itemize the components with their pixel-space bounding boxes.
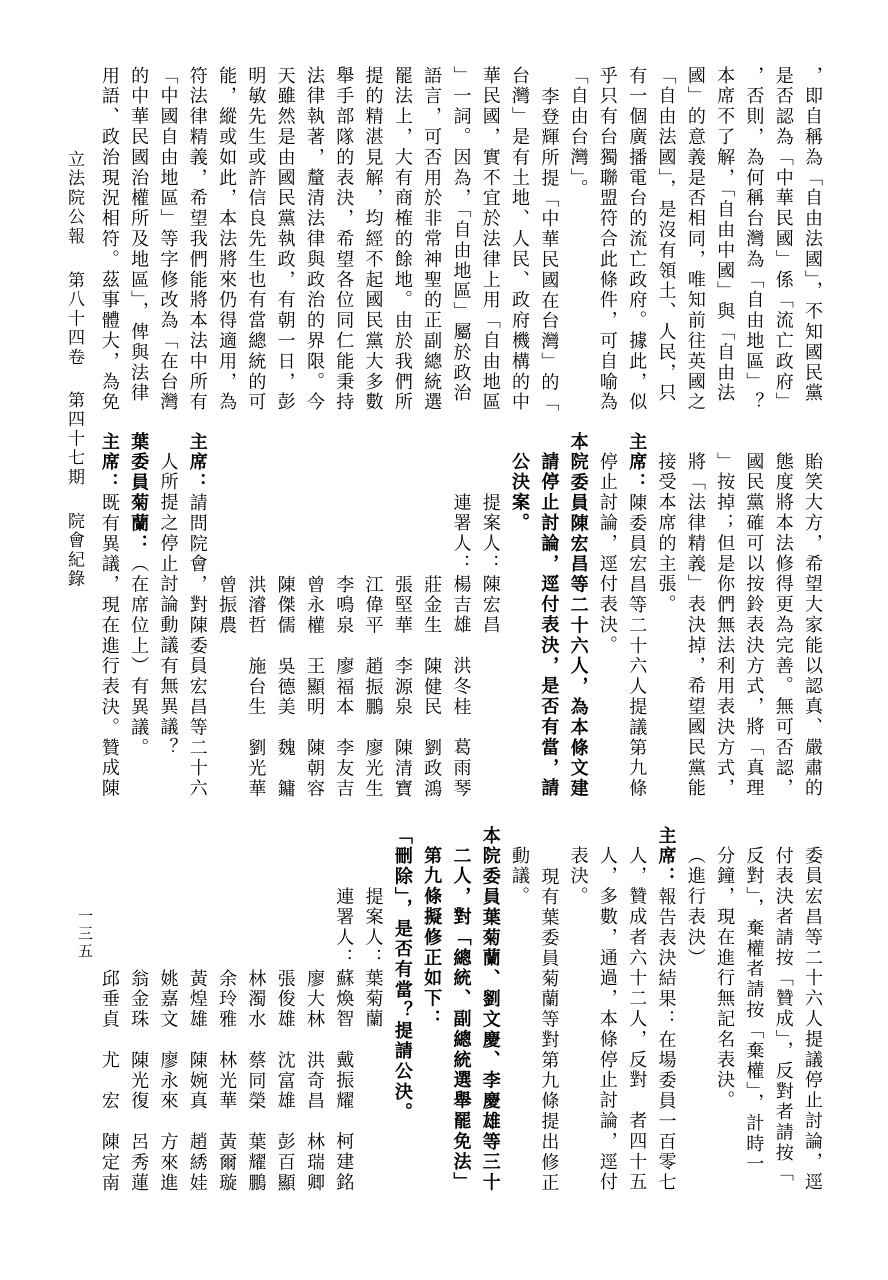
text-column: 舉手部隊的表決，希望各位同仁能秉持 (333, 46, 353, 418)
text-column: 李登輝所提「中華民國在台灣」的「 (538, 46, 558, 418)
volume-label: 第八十四卷 (64, 271, 84, 367)
text-column: 接受本席的主張。 (656, 432, 676, 804)
issue-label: 第四十七期 (64, 391, 84, 487)
text-column: 的中華民國治權所及地區」，俾與法律 (128, 46, 148, 418)
signatory-names-column: 張俊雄 沈富雄 彭百顯 (275, 826, 295, 1198)
speaker-line-column: 葉委員菊蘭：（在席位上）有異議。 (128, 432, 148, 804)
signatory-names-column: 莊金生 陳健民 劉政鴻 (421, 432, 441, 804)
motion-text-column: 本院委員陳宏昌等二十六人，為本條文建 (568, 432, 588, 804)
text-column: 人所提之停止討論動議有無異議？ (157, 432, 177, 804)
text-column: 態度將本法修得更為完善。無可否認， (773, 432, 793, 804)
section-label: 院會紀錄 (64, 512, 84, 589)
page-header-gutter: 立法院公報 第八十四卷 第四十七期 院會紀錄 (62, 150, 86, 589)
motion-text-column: 「刪除」，是否有當？提請公決。 (392, 826, 412, 1198)
speaker-name: 葉委員菊蘭： (128, 432, 149, 554)
text-column: 提的精湛見解，均經不起國民黨大多數 (363, 46, 383, 418)
motion-text-column: 本院委員葉菊蘭、劉文慶、李慶雄等三十 (480, 826, 500, 1198)
text-column: 現有葉委員菊蘭等對第九條提出修正 (538, 826, 558, 1198)
text-column: 符法律精義，希望我們能將本法中所有 (187, 46, 207, 418)
signatory-names-column: 翁金珠 陳光復 呂秀蓮 (128, 826, 148, 1198)
text-column: 乎只有台獨聯盟符合此條件，可自喻為 (597, 46, 617, 418)
text-column: 罷法上，大有商榷的餘地。由於我們所 (392, 46, 412, 418)
signatory-names-column: 江偉平 趙振鵬 廖光生 (363, 432, 383, 804)
speaker-line-column: 主席：請問院會，對陳委員宏昌等二十六 (187, 432, 207, 804)
text-band-middle: 貽笑大方，希望大家能以認真、嚴肅的態度將本法修得更為完善。無可否認，國民黨確可以… (86, 432, 822, 804)
proposer-line-column: 提案人：葉菊蘭 (363, 826, 383, 1198)
text-column: 「自由台灣」。 (568, 46, 588, 418)
text-column: 人，多數，通過，本條停止討論，逕付 (597, 826, 617, 1198)
signatory-names-column: 黃煌雄 陳婉真 趙綉娃 (187, 826, 207, 1198)
gazette-page: { "document": { "publication": "立法院公報", … (0, 0, 888, 1280)
signatory-names-column: 廖大林 洪奇昌 林瑞卿 (304, 826, 324, 1198)
text-column: 「中國自由地區」等字修改為「在台灣 (157, 46, 177, 418)
speaker-line-column: 主席：陳委員宏昌等二十六人提議第九條 (626, 432, 646, 804)
text-column: 停止討論，逕付表決。 (597, 432, 617, 804)
speaker-line-column: 主席：既有異議，現在進行表決。贊成陳 (99, 432, 119, 804)
text-column: 國民黨確可以按鈴表決方式，將「真理 (743, 432, 763, 804)
text-column: 語言，可否用於非常神聖的正副總統選 (421, 46, 441, 418)
motion-text-column: 請停止討論，逕付表決，是否有當，請 (538, 432, 558, 804)
text-column: 法律執著，釐清法律與政治的界限。今 (304, 46, 324, 418)
text-column: ，否則，為何稱台灣為「自由地區」？ (743, 46, 763, 418)
motion-text-column: 二人，對「總統、副總統選舉罷免法」 (450, 826, 470, 1198)
text-column: 用語、政治現況相符。茲事體大，為免 (99, 46, 119, 418)
text-column: 「自由法國」，是沒有領土、人民，只 (656, 46, 676, 418)
signatory-names-column: 曾永權 王顯明 陳朝容 (304, 432, 324, 804)
cosigners-line-column: 連署人：楊吉雄 洪冬桂 葛雨琴 (450, 432, 470, 804)
text-column: 貽笑大方，希望大家能以認真、嚴肅的 (802, 432, 822, 804)
text-band-top: ，即自稱為「自由法國」，不知國民黨是否認為「中華民國」係「流亡政府」，否則，為何… (86, 46, 822, 418)
text-column: 付表決者請按「贊成」，反對者請按「 (773, 826, 793, 1198)
motion-text-column: 公決案。 (509, 432, 529, 804)
stage-direction-column: （進行表決） (685, 826, 705, 1198)
publication-title: 立法院公報 (64, 150, 84, 246)
signatory-names-column: 陳傑儒 吳德美 魏 鏞 (275, 432, 295, 804)
text-column: 明敏先生或許信良先生也有當總統的可 (245, 46, 265, 418)
text-band-bottom: 委員宏昌等二十六人提議停止討論，逕付表決者請按「贊成」，反對者請按「反對」，棄權… (86, 826, 822, 1198)
text-column: 華民國，實不宜於法律上用「自由地區 (480, 46, 500, 418)
text-column: ，即自稱為「自由法國」，不知國民黨 (802, 46, 822, 418)
text-column: 台灣」是有土地、人民、政府機構的中 (509, 46, 529, 418)
speaker-line-column: 主席：報告表決結果：在場委員一百零七 (656, 826, 676, 1198)
signatory-names-column: 李鳴泉 廖福本 李友吉 (333, 432, 353, 804)
text-column: 天雖然是由國民黨執政，有朝一日，彭 (275, 46, 295, 418)
text-column: 是否認為「中華民國」係「流亡政府」 (773, 46, 793, 418)
signatory-names-column: 張堅華 李源泉 陳清寶 (392, 432, 412, 804)
speaker-name: 主席： (99, 432, 120, 493)
signatory-names-column: 林濁水 蔡同榮 葉耀鵬 (245, 826, 265, 1198)
cosigners-line-column: 連署人：蘇煥智 戴振耀 柯建銘 (333, 826, 353, 1198)
speaker-name: 主席： (187, 432, 208, 493)
text-column: 動議。 (509, 826, 529, 1198)
text-column: 」按掉；但是你們無法利用表決方式， (714, 432, 734, 804)
text-column: 委員宏昌等二十六人提議停止討論，逕 (802, 826, 822, 1198)
speaker-name: 主席： (656, 826, 677, 887)
text-column: 表決。 (568, 826, 588, 1198)
speaker-name: 主席： (626, 432, 647, 493)
motion-text-column: 第九條擬修正如下： (421, 826, 441, 1198)
text-column: 本席不了解，「自由中國」與「自由法 (714, 46, 734, 418)
signatory-names-column: 曾振農 (216, 432, 236, 804)
signatory-names-column: 余玲雅 林光華 黃爾璇 (216, 826, 236, 1198)
text-column: 有一個廣播電台的流亡政府。據此，似 (626, 46, 646, 418)
proposer-line-column: 提案人：陳宏昌 (480, 432, 500, 804)
text-column: 將「法律精義」表決掉，希望國民黨能 (685, 432, 705, 804)
text-column: 反對」，棄權者請按「棄權」，計時一 (743, 826, 763, 1198)
signatory-names-column: 姚嘉文 廖永來 方來進 (157, 826, 177, 1198)
signatory-names-column: 邱垂貞 尤 宏 陳定南 (99, 826, 119, 1198)
signatory-names-column: 洪濬哲 施台生 劉光華 (245, 432, 265, 804)
text-column: 人，贊成者六十二人，反對 者四十五 (626, 826, 646, 1198)
text-column: 能，縱或如此，本法將來仍得適用，為 (216, 46, 236, 418)
text-column: 」一詞。因為，「自由地區」屬於政治 (450, 46, 470, 418)
text-column: 國」的意義是否相同，唯知前往英國之 (685, 46, 705, 418)
text-column: 分鐘，現在進行無記名表決。 (714, 826, 734, 1198)
